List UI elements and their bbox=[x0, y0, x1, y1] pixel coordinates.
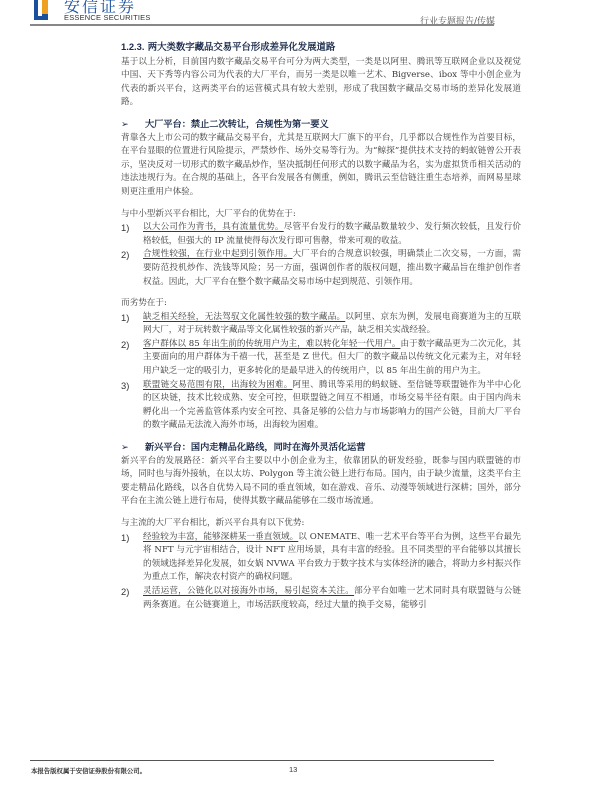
copyright-notice: 本报告版权属于安信证券股份有限公司。 bbox=[31, 766, 146, 775]
list-item: 1) 以大公司作为背书，具有流量优势。尽管平台发行的数字藏品数量较少、发行频次较… bbox=[121, 221, 521, 248]
new-platform-heading-text: 新兴平台：国内走精品化路线，同时在海外灵活化运营 bbox=[145, 441, 366, 455]
new-platform-body: 新兴平台的发展路径：新兴平台主要以中小创企业为主，依靠团队的研发经验，既参与国内… bbox=[121, 455, 521, 509]
essence-logo-icon bbox=[34, 0, 48, 20]
list-number: 1) bbox=[121, 221, 143, 248]
page-header: 安信证券 ESSENCE SECURITIES 行业专题报告/传媒 bbox=[0, 0, 600, 30]
list-item: 2) 客户群体以 85 年出生前的传统用户为主，难以转化年轻一代用户。由于数字藏… bbox=[121, 338, 521, 379]
key-point: 联盟链交易范围有限，出海较为困难。 bbox=[143, 380, 293, 390]
logo-english-name: ESSENCE SECURITIES bbox=[64, 13, 151, 22]
list-number: 1) bbox=[121, 311, 143, 338]
list-item: 1) 经验较为丰富，能够深耕某一垂直领域。以 ONEMATE、唯一艺术平台等平台… bbox=[121, 531, 521, 585]
arrow-bullet-icon: ➢ bbox=[121, 441, 145, 455]
big-platform-heading: ➢ 大厂平台：禁止二次转让，合规性为第一要义 bbox=[121, 118, 521, 132]
section-intro: 基于以上分析，目前国内数字藏品交易平台可分为两大类型，一类是以阿里、腾讯等互联网… bbox=[121, 56, 521, 110]
list-number: 2) bbox=[121, 338, 143, 379]
big-platform-disadvantages-intro: 而劣势在于: bbox=[121, 297, 521, 311]
key-point: 缺乏相关经验，无法驾驭文化属性较强的数字藏品。 bbox=[143, 312, 345, 322]
key-point: 合规性较强，在行业中起到引领作用。 bbox=[143, 249, 293, 259]
list-number: 2) bbox=[121, 585, 143, 612]
page-body: 1.2.3. 两大类数字藏品交易平台形成差异化发展道路 基于以上分析，目前国内数… bbox=[121, 40, 521, 612]
list-number: 2) bbox=[121, 248, 143, 289]
arrow-bullet-icon: ➢ bbox=[121, 118, 145, 132]
key-point: 客户群体以 85 年出生前的传统用户为主，难以转化年轻一代用户。 bbox=[143, 339, 400, 349]
list-item: 2) 灵活运营，公链化以对接海外市场，易引起资本关注。部分平台如唯一艺术同时具有… bbox=[121, 585, 521, 612]
key-point: 经验较为丰富，能够深耕某一垂直领域。 bbox=[143, 532, 298, 542]
big-platform-body: 背靠各大上市公司的数字藏品交易平台，尤其是互联网大厂旗下的平台，几乎都以合规性作… bbox=[121, 132, 521, 200]
page-number: 13 bbox=[289, 765, 297, 774]
section-title: 两大类数字藏品交易平台形成差异化发展道路 bbox=[148, 42, 336, 53]
key-point: 灵活运营，公链化以对接海外市场，易引起资本关注。 bbox=[143, 586, 354, 596]
footer-divider bbox=[30, 760, 494, 761]
list-number: 1) bbox=[121, 531, 143, 585]
new-platform-heading: ➢ 新兴平台：国内走精品化路线，同时在海外灵活化运营 bbox=[121, 441, 521, 455]
big-platform-advantages-intro: 与中小型新兴平台相比，大厂平台的优势在于: bbox=[121, 208, 521, 222]
header-divider bbox=[30, 24, 494, 26]
key-point: 以大公司作为背书，具有流量优势。 bbox=[143, 222, 284, 232]
list-item: 2) 合规性较强，在行业中起到引领作用。大厂平台的合规意识较强，明确禁止二次交易… bbox=[121, 248, 521, 289]
list-number: 3) bbox=[121, 379, 143, 433]
new-platform-advantages-intro: 与主流的大厂平台相比，新兴平台具有以下优势: bbox=[121, 517, 521, 531]
big-platform-heading-text: 大厂平台：禁止二次转让，合规性为第一要义 bbox=[145, 118, 329, 132]
section-heading: 1.2.3. 两大类数字藏品交易平台形成差异化发展道路 bbox=[121, 40, 521, 55]
section-number: 1.2.3. bbox=[121, 41, 144, 52]
list-item: 1) 缺乏相关经验，无法驾驭文化属性较强的数字藏品。以阿里、京东为例，发展电商赛… bbox=[121, 311, 521, 338]
list-item: 3) 联盟链交易范围有限，出海较为困难。阿里、腾讯等采用的蚂蚁链、至信链等联盟链… bbox=[121, 379, 521, 433]
